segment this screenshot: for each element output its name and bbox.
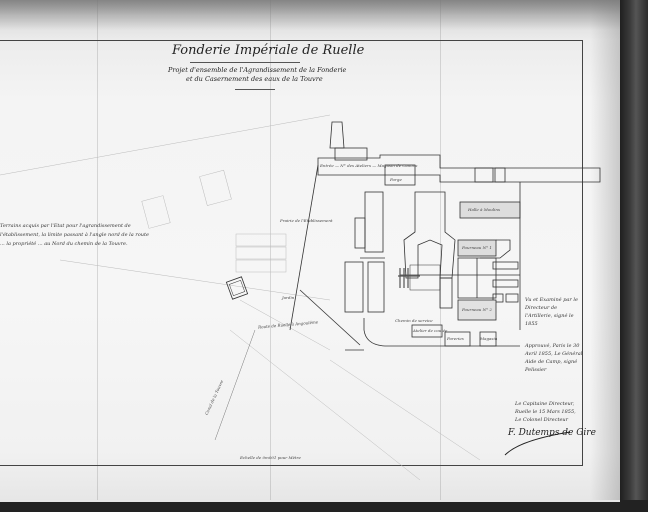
signature: F. Dutemps de Gire <box>508 428 596 438</box>
label-champ-left: Prairie de l'Etablissement <box>280 218 333 223</box>
director-note: Le Capitaine Directeur, Ruelle le 15 Mar… <box>515 400 583 424</box>
label-fourneau-2: Fourneau N° 2 <box>462 307 492 312</box>
label-coulee: Atelier de coulée <box>413 328 447 333</box>
label-forge: Forge <box>390 177 402 182</box>
stone-background <box>618 0 648 512</box>
paper-sheet: Fonderie Impériale de Ruelle Projet d'en… <box>0 0 620 502</box>
left-note: Terrains acquis par l'Etat pour l'agrand… <box>0 222 155 249</box>
label-top-strip: Entrée — N° des Ateliers — Magasin de Ca… <box>320 163 417 168</box>
label-jardin: Jardin <box>282 295 294 300</box>
label-chemin: Chemin de service <box>395 318 433 323</box>
scale-label: Echelle de 0m001 pour Mètre <box>240 455 301 460</box>
approval-note-2: Approuvé, Paris le 30 Avril 1855, Le Gén… <box>525 342 585 374</box>
label-halle: Halle à Moulins <box>468 207 500 212</box>
label-magasin-bas: Magasin <box>480 336 497 341</box>
site-plan-drawing <box>0 0 620 500</box>
label-fourneau-1: Fourneau N° 1 <box>462 245 492 250</box>
label-foreries: Foreries <box>447 336 464 341</box>
approval-note: Vu et Examiné par le Directeur de l'Arti… <box>525 296 585 328</box>
